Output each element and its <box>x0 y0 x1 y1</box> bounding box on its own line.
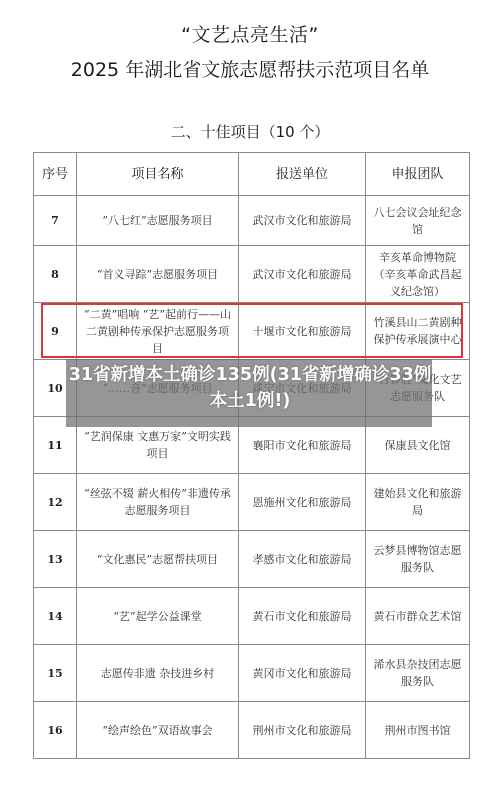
row-index: 15 <box>34 645 77 702</box>
section-heading: 二、十佳项目（10 个） <box>0 121 500 142</box>
row-index: 13 <box>34 531 77 588</box>
header-project-name: 项目名称 <box>77 153 239 196</box>
row-unit: 武汉市文化和旅游局 <box>239 196 366 246</box>
row-project: “八七红”志愿服务项目 <box>77 196 239 246</box>
headline-banner-text: 31省新增本土确诊135例(31省新增确诊33例本土1例!) <box>60 362 440 414</box>
table-row: 16 “绘声绘色”双语故事会 荆州市文化和旅游局 荆州市图书馆 <box>34 702 470 759</box>
row-team: 云梦县博物馆志愿服务队 <box>366 531 470 588</box>
row-team: 竹溪县山二黄剧种保护传承展演中心 <box>366 303 470 360</box>
document-title-line1: “文艺点亮生活” <box>0 20 500 47</box>
row-team: 建始县文化和旅游局 <box>366 474 470 531</box>
row-project: “绘声绘色”双语故事会 <box>77 702 239 759</box>
row-unit: 黄石市文化和旅游局 <box>239 588 366 645</box>
header-applicant-team: 申报团队 <box>366 153 470 196</box>
table-row: 15 志愿传非遗 杂技进乡村 黄冈市文化和旅游局 浠水县杂技团志愿服务队 <box>34 645 470 702</box>
row-project: “文化惠民”志愿帮扶项目 <box>77 531 239 588</box>
row-index: 12 <box>34 474 77 531</box>
row-unit: 十堰市文化和旅游局 <box>239 303 366 360</box>
row-team: 荆州市图书馆 <box>366 702 470 759</box>
row-project: “首义寻踪”志愿服务项目 <box>77 246 239 303</box>
row-team: 八七会议会址纪念馆 <box>366 196 470 246</box>
row-index: 16 <box>34 702 77 759</box>
table-row: 14 “艺”起学公益课堂 黄石市文化和旅游局 黄石市群众艺术馆 <box>34 588 470 645</box>
row-project: “艺”起学公益课堂 <box>77 588 239 645</box>
row-project: “丝弦不辍 薪火相传”非遗传承志愿服务项目 <box>77 474 239 531</box>
table-row: 7 “八七红”志愿服务项目 武汉市文化和旅游局 八七会议会址纪念馆 <box>34 196 470 246</box>
row-unit: 恩施州文化和旅游局 <box>239 474 366 531</box>
row-project: 志愿传非遗 杂技进乡村 <box>77 645 239 702</box>
row-index: 8 <box>34 246 77 303</box>
row-team: 辛亥革命博物院（辛亥革命武昌起义纪念馆） <box>366 246 470 303</box>
row-index: 9 <box>34 303 77 360</box>
row-index: 7 <box>34 196 77 246</box>
row-unit: 孝感市文化和旅游局 <box>239 531 366 588</box>
row-unit: 荆州市文化和旅游局 <box>239 702 366 759</box>
row-team: 黄石市群众艺术馆 <box>366 588 470 645</box>
table-header-row: 序号 项目名称 报送单位 申报团队 <box>34 153 470 196</box>
header-submitting-unit: 报送单位 <box>239 153 366 196</box>
row-index: 14 <box>34 588 77 645</box>
table-row: 8 “首义寻踪”志愿服务项目 武汉市文化和旅游局 辛亥革命博物院（辛亥革命武昌起… <box>34 246 470 303</box>
row-team: 浠水县杂技团志愿服务队 <box>366 645 470 702</box>
projects-table: 序号 项目名称 报送单位 申报团队 7 “八七红”志愿服务项目 武汉市文化和旅游… <box>33 152 470 759</box>
table-row-highlighted: 9 “二黄”唱响 “艺”起前行——山二黄剧种传承保护志愿服务项目 十堰市文化和旅… <box>34 303 470 360</box>
row-project: “二黄”唱响 “艺”起前行——山二黄剧种传承保护志愿服务项目 <box>77 303 239 360</box>
header-index: 序号 <box>34 153 77 196</box>
row-unit: 武汉市文化和旅游局 <box>239 246 366 303</box>
table-row: 13 “文化惠民”志愿帮扶项目 孝感市文化和旅游局 云梦县博物馆志愿服务队 <box>34 531 470 588</box>
table-row: 12 “丝弦不辍 薪火相传”非遗传承志愿服务项目 恩施州文化和旅游局 建始县文化… <box>34 474 470 531</box>
row-unit: 黄冈市文化和旅游局 <box>239 645 366 702</box>
document-title-line2: 2025 年湖北省文旅志愿帮扶示范项目名单 <box>0 55 500 82</box>
